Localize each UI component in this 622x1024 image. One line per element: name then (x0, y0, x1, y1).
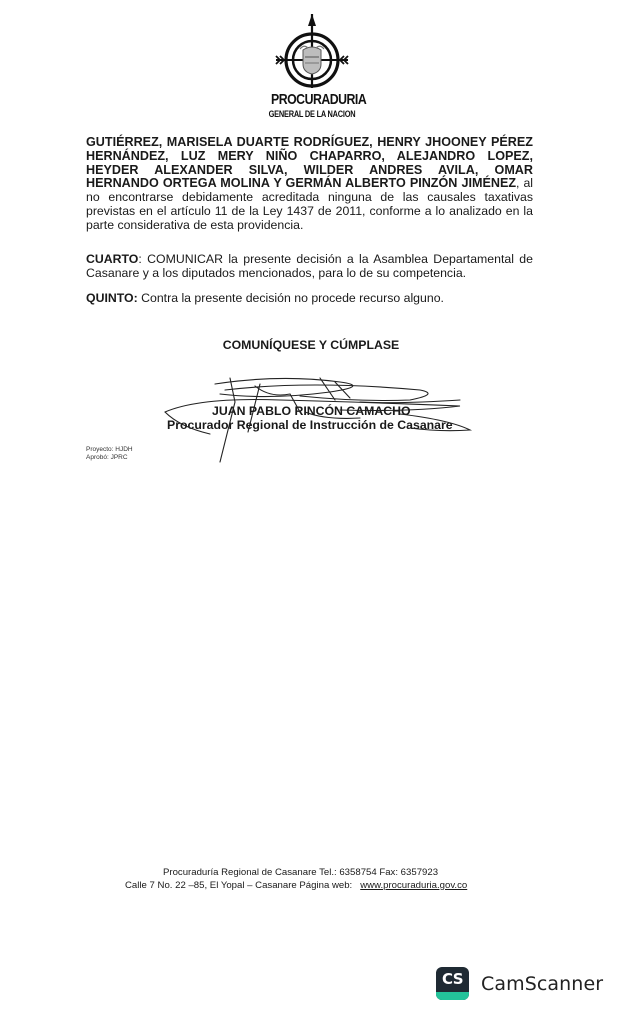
document-page: PROCURADURIA GENERAL DE LA NACION GUTIÉR… (0, 0, 622, 1024)
closing-formula: COMUNÍQUESE Y CÚMPLASE (0, 338, 622, 352)
cuarto-text: : COMUNICAR la presente decisión a la As… (86, 252, 533, 280)
footer-address: Calle 7 No. 22 –85, El Yopal – Casanare … (125, 879, 467, 892)
cuarto-label: CUARTO (86, 252, 138, 266)
cuarto-paragraph: CUARTO: COMUNICAR la presente decisión a… (86, 253, 533, 281)
org-subtitle: GENERAL DE LA NACION (268, 109, 355, 120)
resolution-paragraph: GUTIÉRREZ, MARISELA DUARTE RODRÍGUEZ, HE… (86, 136, 533, 233)
named-deputies: GUTIÉRREZ, MARISELA DUARTE RODRÍGUEZ, HE… (86, 135, 533, 190)
signatory-name: JUAN PABLO RINCÓN CAMACHO (212, 404, 411, 418)
aprobo-initials: Aprobó: JPRC (86, 454, 133, 462)
camscanner-logo-bar (436, 992, 469, 1000)
website-link[interactable]: www.procuraduria.gov.co (360, 880, 467, 891)
quinto-text: Contra la presente decisión no procede r… (138, 291, 444, 305)
proyecto-initials: Proyecto: HJDH (86, 446, 133, 454)
camscanner-brand: CamScanner (481, 973, 603, 995)
camscanner-logo-icon: CS (436, 967, 469, 1000)
camscanner-watermark: CS CamScanner (436, 967, 603, 1000)
quinto-label: QUINTO: (86, 291, 138, 305)
header-logo: PROCURADURIA GENERAL DE LA NACION (262, 12, 362, 124)
org-name: PROCURADURIA (271, 92, 353, 108)
footer-address-text: Calle 7 No. 22 –85, El Yopal – Casanare … (125, 880, 352, 891)
procuraduria-emblem-icon (274, 12, 350, 92)
camscanner-logo-text: CS (436, 970, 469, 988)
footer-contact: Procuraduría Regional de Casanare Tel.: … (163, 866, 438, 879)
document-initials: Proyecto: HJDH Aprobó: JPRC (86, 446, 133, 462)
quinto-paragraph: QUINTO: Contra la presente decisión no p… (86, 292, 533, 306)
signatory-title: Procurador Regional de Instrucción de Ca… (167, 418, 453, 432)
